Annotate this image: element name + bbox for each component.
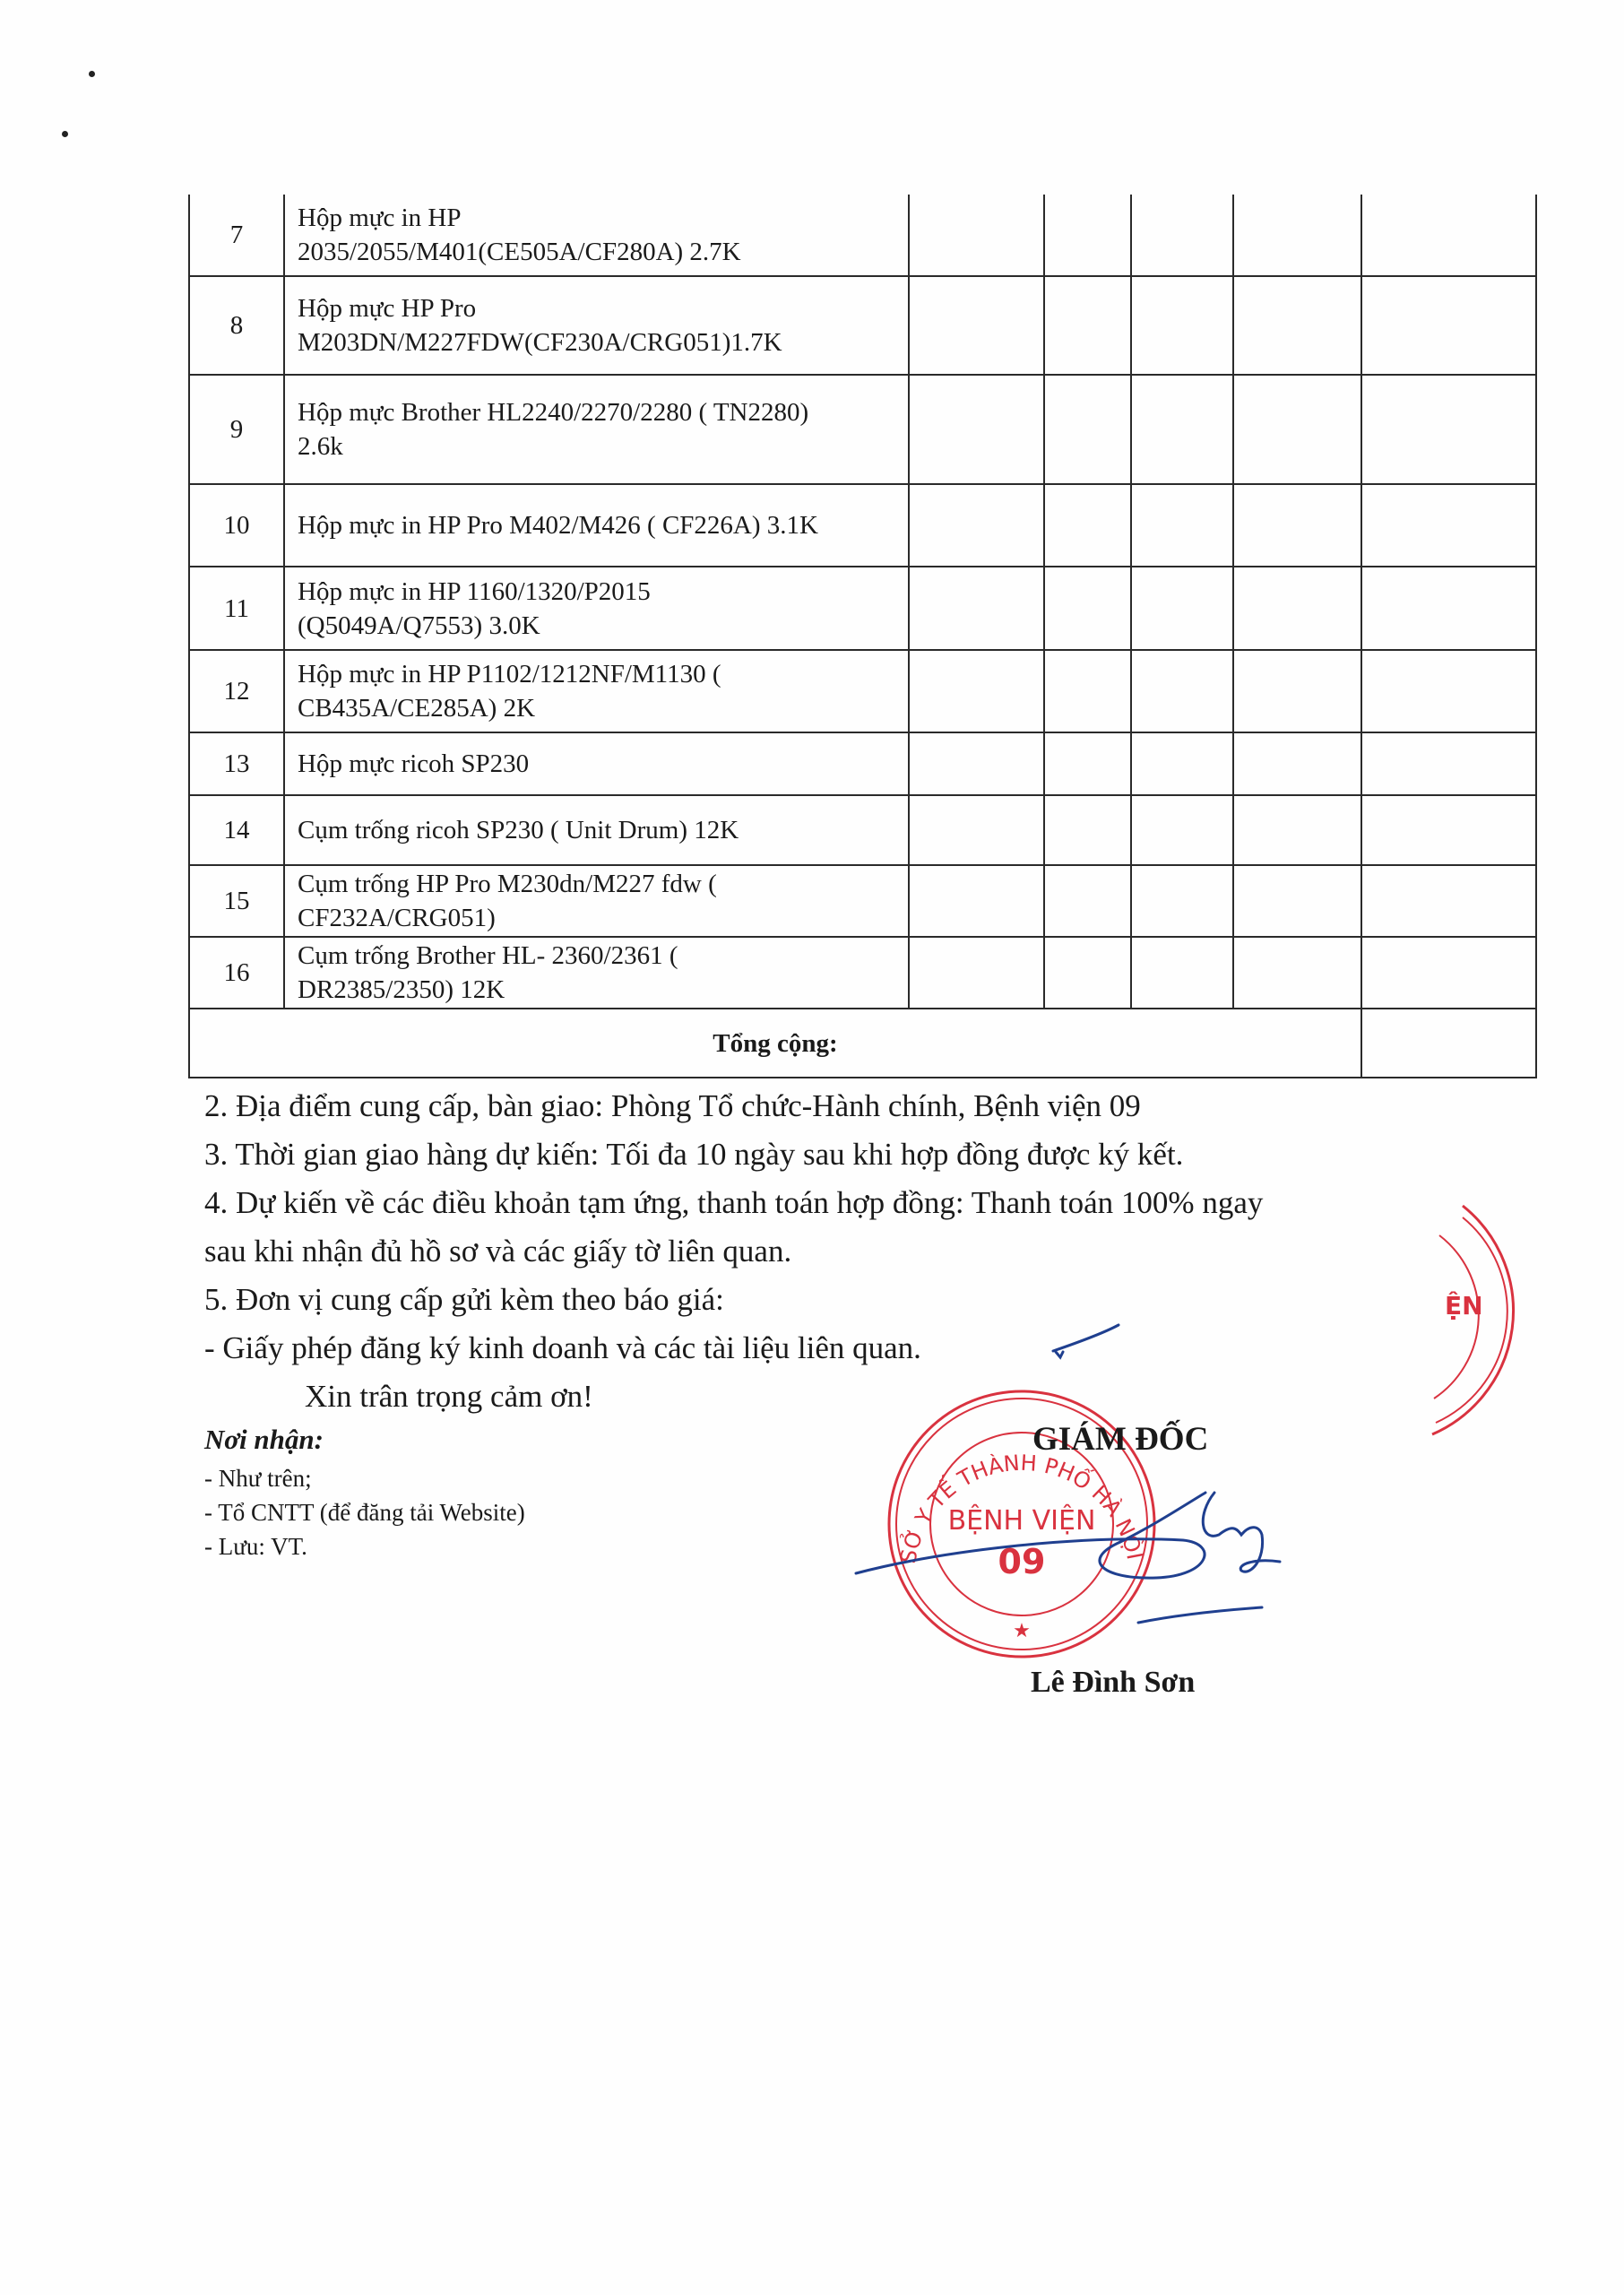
table-row: 16Cụm trống Brother HL- 2360/2361 (DR238… xyxy=(189,937,1536,1009)
item-description: Hộp mực HP ProM203DN/M227FDW(CF230A/CRG0… xyxy=(284,276,909,375)
empty-cell xyxy=(1233,650,1361,732)
empty-cell xyxy=(1044,375,1131,484)
table-row: 14Cụm trống ricoh SP230 ( Unit Drum) 12K xyxy=(189,795,1536,865)
item-description: Hộp mực in HP 1160/1320/P2015(Q5049A/Q75… xyxy=(284,567,909,650)
empty-cell xyxy=(909,276,1044,375)
table-row: 15Cụm trống HP Pro M230dn/M227 fdw (CF23… xyxy=(189,865,1536,937)
star-icon: ★ xyxy=(1013,1620,1031,1642)
empty-cell xyxy=(1044,732,1131,795)
description-line: Hộp mực in HP P1102/1212NF/M1130 ( xyxy=(298,657,895,691)
empty-cell xyxy=(1044,195,1131,276)
description-line: CF232A/CRG051) xyxy=(298,901,895,935)
partial-stamp xyxy=(1432,1206,1514,1434)
delivery-location: 2. Địa điểm cung cấp, bàn giao: Phòng Tổ… xyxy=(204,1082,1141,1130)
table-row: 10Hộp mực in HP Pro M402/M426 ( CF226A) … xyxy=(189,484,1536,567)
description-line: Hộp mực in HP xyxy=(298,201,895,235)
item-description: Hộp mực in HP2035/2055/M401(CE505A/CF280… xyxy=(284,195,909,276)
row-number: 8 xyxy=(189,276,284,375)
empty-cell xyxy=(1131,937,1233,1009)
description-line: Cụm trống HP Pro M230dn/M227 fdw ( xyxy=(298,867,895,901)
empty-cell xyxy=(1044,650,1131,732)
empty-cell xyxy=(1131,567,1233,650)
recipients-title: Nơi nhận: xyxy=(204,1424,324,1456)
signatory-title: GIÁM ĐỐC xyxy=(1032,1420,1208,1459)
empty-cell xyxy=(1233,484,1361,567)
empty-cell xyxy=(1044,937,1131,1009)
empty-cell xyxy=(909,937,1044,1009)
empty-cell xyxy=(909,650,1044,732)
empty-cell xyxy=(1131,650,1233,732)
empty-cell xyxy=(1361,732,1536,795)
item-description: Hộp mực in HP P1102/1212NF/M1130 (CB435A… xyxy=(284,650,909,732)
description-line: DR2385/2350) 12K xyxy=(298,973,895,1007)
empty-cell xyxy=(1131,484,1233,567)
description-line: M203DN/M227FDW(CF230A/CRG051)1.7K xyxy=(298,325,895,359)
signatory-name: Lê Đình Sơn xyxy=(1031,1666,1195,1700)
empty-cell xyxy=(909,732,1044,795)
empty-cell xyxy=(1044,865,1131,937)
description-line: CB435A/CE285A) 2K xyxy=(298,691,895,725)
empty-cell xyxy=(1044,276,1131,375)
empty-cell xyxy=(909,567,1044,650)
row-number: 16 xyxy=(189,937,284,1009)
empty-cell xyxy=(1044,795,1131,865)
empty-cell xyxy=(1233,937,1361,1009)
attachments-heading: 5. Đơn vị cung cấp gửi kèm theo báo giá: xyxy=(204,1276,724,1324)
table-row: 7Hộp mực in HP2035/2055/M401(CE505A/CF28… xyxy=(189,195,1536,276)
empty-cell xyxy=(1233,276,1361,375)
description-line: Hộp mực in HP Pro M402/M426 ( CF226A) 3.… xyxy=(298,508,895,542)
item-description: Hộp mực ricoh SP230 xyxy=(284,732,909,795)
empty-cell xyxy=(1044,567,1131,650)
table-row: 8Hộp mực HP ProM203DN/M227FDW(CF230A/CRG… xyxy=(189,276,1536,375)
partial-stamp-text: ỆN xyxy=(1445,1290,1483,1321)
description-line: Hộp mực in HP 1160/1320/P2015 xyxy=(298,575,895,609)
total-row: Tổng cộng: xyxy=(189,1009,1536,1078)
empty-cell xyxy=(909,375,1044,484)
delivery-time: 3. Thời gian giao hàng dự kiến: Tối đa 1… xyxy=(204,1130,1183,1179)
total-label: Tổng cộng: xyxy=(189,1009,1361,1078)
attachments-item: - Giấy phép đăng ký kinh doanh và các tà… xyxy=(204,1324,921,1373)
empty-cell xyxy=(1131,795,1233,865)
description-line: Cụm trống ricoh SP230 ( Unit Drum) 12K xyxy=(298,813,895,847)
row-number: 10 xyxy=(189,484,284,567)
empty-cell xyxy=(1361,650,1536,732)
closing-thanks: Xin trân trọng cảm ơn! xyxy=(305,1373,593,1421)
description-line: Hộp mực Brother HL2240/2270/2280 ( TN228… xyxy=(298,395,895,429)
empty-cell xyxy=(909,795,1044,865)
recipient-item: - Tổ CNTT (để đăng tải Website) xyxy=(204,1495,525,1529)
empty-cell xyxy=(1044,484,1131,567)
row-number: 7 xyxy=(189,195,284,276)
row-number: 11 xyxy=(189,567,284,650)
empty-cell xyxy=(909,195,1044,276)
empty-cell xyxy=(1361,937,1536,1009)
scan-speck xyxy=(89,71,95,77)
items-table: 7Hộp mực in HP2035/2055/M401(CE505A/CF28… xyxy=(188,195,1537,1078)
empty-cell xyxy=(1131,195,1233,276)
row-number: 9 xyxy=(189,375,284,484)
item-description: Hộp mực in HP Pro M402/M426 ( CF226A) 3.… xyxy=(284,484,909,567)
payment-terms: 4. Dự kiến về các điều khoản tạm ứng, th… xyxy=(204,1179,1263,1227)
empty-cell xyxy=(1131,865,1233,937)
row-number: 12 xyxy=(189,650,284,732)
empty-cell xyxy=(1233,195,1361,276)
row-number: 14 xyxy=(189,795,284,865)
item-description: Cụm trống HP Pro M230dn/M227 fdw (CF232A… xyxy=(284,865,909,937)
recipient-item: - Lưu: VT. xyxy=(204,1529,307,1563)
scan-speck xyxy=(62,131,68,137)
item-description: Cụm trống ricoh SP230 ( Unit Drum) 12K xyxy=(284,795,909,865)
empty-cell xyxy=(1361,484,1536,567)
stamp-center-line1: BỆNH VIỆN xyxy=(948,1504,1096,1537)
description-line: Hộp mực HP Pro xyxy=(298,291,895,325)
empty-cell xyxy=(1131,276,1233,375)
empty-cell xyxy=(909,865,1044,937)
empty-cell xyxy=(1233,795,1361,865)
table-row: 13Hộp mực ricoh SP230 xyxy=(189,732,1536,795)
empty-cell xyxy=(1233,567,1361,650)
description-line: (Q5049A/Q7553) 3.0K xyxy=(298,609,895,643)
payment-terms-cont: sau khi nhận đủ hồ sơ và các giấy tờ liê… xyxy=(204,1227,791,1276)
table-row: 12Hộp mực in HP P1102/1212NF/M1130 (CB43… xyxy=(189,650,1536,732)
empty-cell xyxy=(1233,732,1361,795)
recipient-item: - Như trên; xyxy=(204,1461,312,1495)
empty-cell xyxy=(909,484,1044,567)
stamp-ring-text: SỞ Y TẾ THÀNH PHỐ HÀ NỘI xyxy=(895,1451,1147,1565)
row-number: 13 xyxy=(189,732,284,795)
item-description: Cụm trống Brother HL- 2360/2361 (DR2385/… xyxy=(284,937,909,1009)
empty-cell xyxy=(1361,865,1536,937)
row-number: 15 xyxy=(189,865,284,937)
table-row: 11Hộp mực in HP 1160/1320/P2015(Q5049A/Q… xyxy=(189,567,1536,650)
empty-cell xyxy=(1361,567,1536,650)
table-row: 9Hộp mực Brother HL2240/2270/2280 ( TN22… xyxy=(189,375,1536,484)
description-line: 2.6k xyxy=(298,429,895,463)
total-value-cell xyxy=(1361,1009,1536,1078)
description-line: Hộp mực ricoh SP230 xyxy=(298,747,895,781)
description-line: 2035/2055/M401(CE505A/CF280A) 2.7K xyxy=(298,235,895,269)
empty-cell xyxy=(1233,375,1361,484)
empty-cell xyxy=(1233,865,1361,937)
empty-cell xyxy=(1361,795,1536,865)
description-line: Cụm trống Brother HL- 2360/2361 ( xyxy=(298,939,895,973)
empty-cell xyxy=(1361,195,1536,276)
empty-cell xyxy=(1131,375,1233,484)
item-description: Hộp mực Brother HL2240/2270/2280 ( TN228… xyxy=(284,375,909,484)
stamp-center-line2: 09 xyxy=(998,1542,1046,1581)
empty-cell xyxy=(1361,375,1536,484)
empty-cell xyxy=(1361,276,1536,375)
empty-cell xyxy=(1131,732,1233,795)
